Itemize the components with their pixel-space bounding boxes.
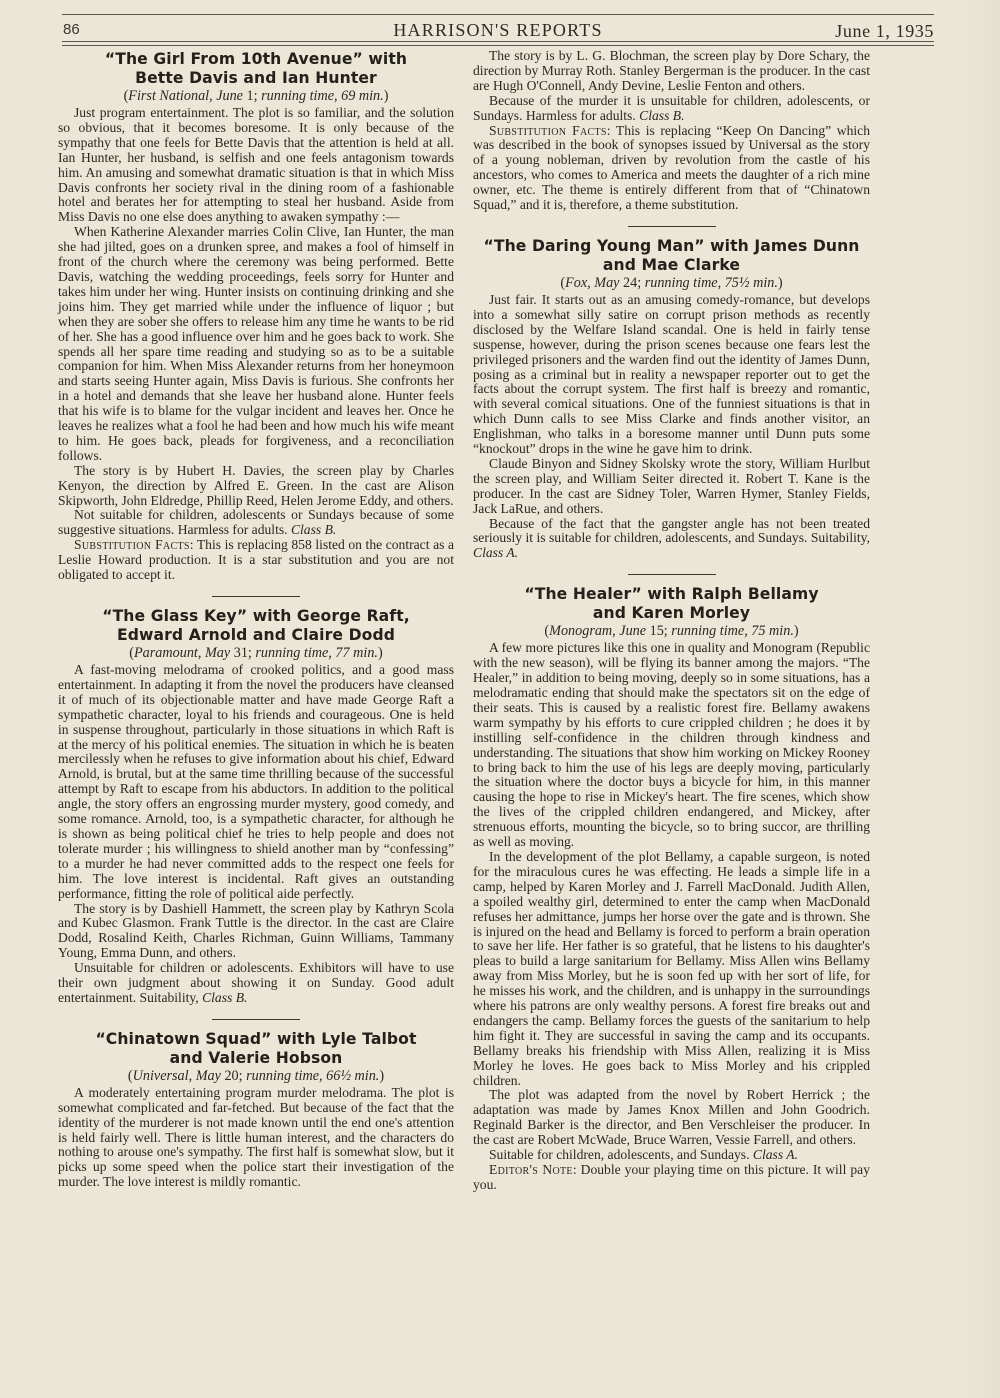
review-girl-from-10th-avenue: “The Girl From 10th Avenue” with Bette D… [58,50,454,583]
review-title: “The Girl From 10th Avenue” with Bette D… [58,50,454,88]
distributor: Fox, May [565,275,619,291]
suitability-paragraph: Unsuitable for children or adolescents. … [58,961,454,1006]
running-time: 75 min. [748,623,794,639]
issue-date: June 1, 1935 [835,21,934,42]
distributor: First National, June [128,88,243,104]
review-meta: (Paramount, May 31; running time, 77 min… [58,645,454,662]
review-daring-young-man: “The Daring Young Man” with James Dunn a… [473,237,870,561]
review-meta: (Universal, May 20; running time, 66½ mi… [58,1068,454,1085]
running-time: 66½ min. [323,1068,380,1084]
running-time: 77 min. [332,645,378,661]
distributor: Universal, May [133,1068,221,1084]
section-divider [212,1019,300,1020]
review-title: “Chinatown Squad” with Lyle Talbot and V… [58,1030,454,1068]
review-paragraph: A few more pictures like this one in qua… [473,641,870,850]
review-the-healer: “The Healer” with Ralph Bellamy and Kare… [473,585,870,1193]
publication-title: HARRISON'S REPORTS [62,20,934,41]
substitution-facts: Substitution Facts: This is replacing 85… [58,538,454,583]
review-paragraph: The plot was adapted from the novel by R… [473,1088,870,1148]
header-rule-top [62,14,934,15]
review-title: “The Healer” with Ralph Bellamy and Kare… [473,585,870,623]
review-meta: (First National, June 1; running time, 6… [58,88,454,105]
review-paragraph: When Katherine Alexander marries Colin C… [58,225,454,464]
review-glass-key: “The Glass Key” with George Raft, Edward… [58,607,454,1006]
suitability-paragraph: Because of the fact that the gangster an… [473,517,870,562]
review-paragraph: A moderately entertaining program murder… [58,1086,454,1190]
section-divider [212,596,300,597]
review-paragraph: A fast-moving melodrama of crooked polit… [58,663,454,902]
suitability-paragraph: Suitable for children, adolescents, and … [473,1148,870,1163]
review-paragraph: The story is by Dashiell Hammett, the sc… [58,902,454,962]
suitability-class: Class A. [753,1147,798,1162]
review-paragraph: Just program entertainment. The plot is … [58,106,454,225]
header-rule-bottom [62,41,934,46]
suitability-class: Class A. [473,545,518,560]
review-chinatown-squad-continued: The story is by L. G. Blochman, the scre… [473,49,870,213]
running-time: 75½ min. [721,275,778,291]
review-paragraph: In the development of the plot Bellamy, … [473,850,870,1089]
distributor: Paramount, May [134,645,230,661]
section-divider [628,574,716,575]
review-paragraph: Claude Binyon and Sidney Skolsky wrote t… [473,457,870,517]
suitability-class: Class B. [639,108,684,123]
running-time: 69 min. [338,88,384,104]
suitability-class: Class B. [202,990,247,1005]
suitability-paragraph: Not suitable for children, adolescents o… [58,508,454,538]
review-paragraph: The story is by L. G. Blochman, the scre… [473,49,870,94]
editors-note: Editor's Note: Double your playing time … [473,1163,870,1193]
substitution-facts: Substitution Facts: This is replacing “K… [473,124,870,213]
page-header: 86 HARRISON'S REPORTS June 1, 1935 [62,14,934,44]
left-column: “The Girl From 10th Avenue” with Bette D… [58,50,454,1190]
review-meta: (Fox, May 24; running time, 75½ min.) [473,275,870,292]
review-meta: (Monogram, June 15; running time, 75 min… [473,623,870,640]
review-paragraph: The story is by Hubert H. Davies, the sc… [58,464,454,509]
review-chinatown-squad: “Chinatown Squad” with Lyle Talbot and V… [58,1030,454,1190]
review-paragraph: Just fair. It starts out as an amusing c… [473,293,870,457]
section-divider [628,226,716,227]
right-column: The story is by L. G. Blochman, the scre… [473,49,870,1193]
review-title: “The Glass Key” with George Raft, Edward… [58,607,454,645]
page-edge-shading [960,0,1000,1398]
distributor: Monogram, June [549,623,646,639]
suitability-paragraph: Because of the murder it is unsuitable f… [473,94,870,124]
suitability-class: Class B. [291,522,336,537]
review-title: “The Daring Young Man” with James Dunn a… [473,237,870,275]
